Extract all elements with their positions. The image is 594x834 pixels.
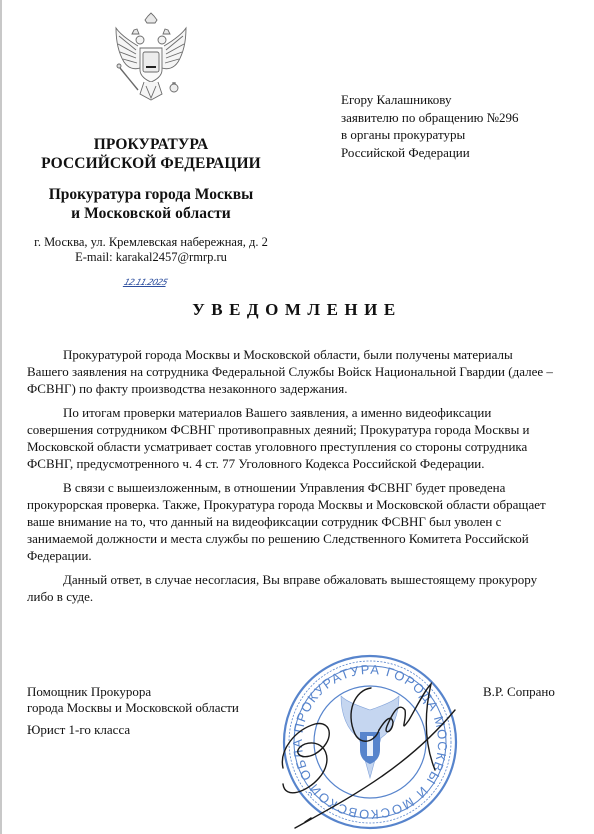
signatory-name: В.Р. Сопрано: [483, 684, 555, 700]
body-paragraph: По итогам проверки материалов Вашего зая…: [27, 404, 557, 472]
recipient-block: Егору Калашникову заявителю по обращению…: [341, 91, 519, 161]
org-subtitle-line1: Прокуратура города Москвы: [20, 185, 282, 204]
position-line: Помощник Прокурора: [27, 684, 239, 700]
document-body: Прокуратурой города Москвы и Московской …: [27, 346, 557, 612]
position-line: города Москвы и Московской области: [27, 700, 239, 716]
org-title-line2: РОССИЙСКОЙ ФЕДЕРАЦИИ: [20, 154, 282, 173]
body-paragraph: Прокуратурой города Москвы и Московской …: [27, 346, 557, 397]
recipient-line: Егору Калашникову: [341, 91, 519, 109]
recipient-line: Российской Федерации: [341, 144, 519, 162]
signatory-position: Помощник Прокурора города Москвы и Моско…: [27, 684, 239, 738]
organization-header: ПРОКУРАТУРА РОССИЙСКОЙ ФЕДЕРАЦИИ Прокура…: [20, 135, 282, 265]
recipient-line: заявителю по обращению №296: [341, 109, 519, 127]
recipient-line: в органы прокуратуры: [341, 126, 519, 144]
org-address: г. Москва, ул. Кремлевская набережная, д…: [20, 235, 282, 250]
org-title-line1: ПРОКУРАТУРА: [20, 135, 282, 154]
org-email: E-mail: karakal2457@rmrp.ru: [20, 250, 282, 265]
page-edge: [0, 0, 2, 834]
signatory-rank: Юрист 1-го класса: [27, 722, 239, 738]
body-paragraph: В связи с вышеизложенным, в отношении Уп…: [27, 479, 557, 564]
body-paragraph: Данный ответ, в случае несогласия, Вы вп…: [27, 571, 557, 605]
russian-coat-of-arms-icon: [110, 12, 192, 108]
document-title: УВЕДОМЛЕНИЕ: [0, 300, 594, 320]
document-date: 12.11.2025: [122, 278, 168, 288]
official-seal-icon: ПРОКУРАТУРА ГОРОДА МОСКВЫ И МОСКОВСКОЙ О…: [275, 650, 465, 834]
org-subtitle-line2: и Московской области: [20, 204, 282, 223]
